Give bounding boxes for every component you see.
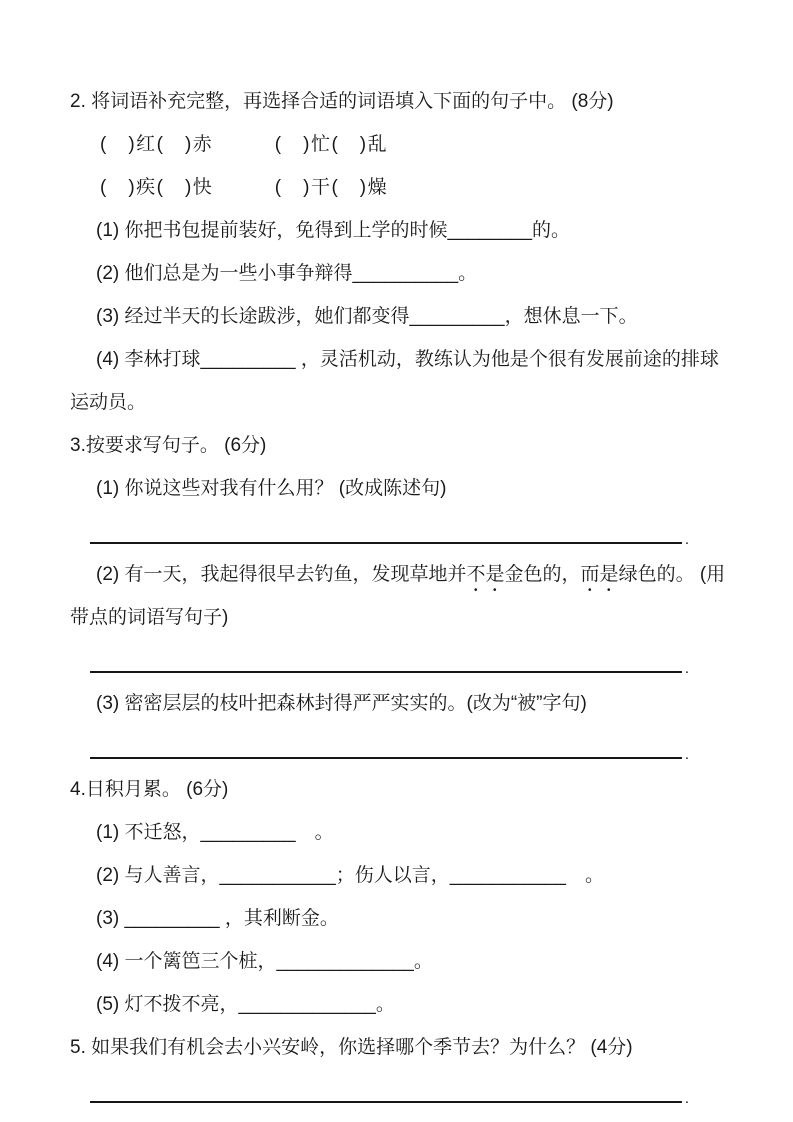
line-end-period: . xyxy=(685,1094,689,1103)
question-4-item-3: (3) _________ ，其利断金。 xyxy=(70,897,737,940)
line-end-period: . xyxy=(685,535,689,544)
question-2-header: 2. 将词语补充完整，再选择合适的词语填入下面的句子中。 (8分) xyxy=(70,80,737,123)
answer-underline[interactable] xyxy=(90,671,682,673)
worksheet-page: 2. 将词语补充完整，再选择合适的词语填入下面的句子中。 (8分) ( )红( … xyxy=(0,0,793,1122)
answer-line-q3-3: . xyxy=(90,725,689,768)
sentence-text: 金色的， xyxy=(505,564,581,585)
sentence-text: (2) 有一天，我起得很早去钓鱼，发现草地并 xyxy=(96,564,467,585)
question-4-item-2: (2) 与人善言，___________；伤人以言，___________ 。 xyxy=(70,854,737,897)
emphasized-word: 而是 xyxy=(581,564,619,585)
question-2-item-4: (4) 李林打球_________ ，灵活机动，教练认为他是个很有发展前途的排球… xyxy=(70,338,737,424)
answer-underline[interactable] xyxy=(90,1101,682,1103)
question-2-item-1: (1) 你把书包提前装好，免得到上学的时候________的。 xyxy=(70,209,737,252)
question-4-item-1: (1) 不迁怒，_________ 。 xyxy=(70,811,737,854)
question-5-header: 5. 如果我们有机会去小兴安岭，你选择哪个季节去？为什么？ (4分) xyxy=(70,1026,737,1069)
answer-underline[interactable] xyxy=(90,757,682,759)
question-2-item-3: (3) 经过半天的长途跋涉，她们都变得_________，想休息一下。 xyxy=(70,295,737,338)
question-3-item-3: (3) 密密层层的枝叶把森林封得严严实实的。(改为“被”字句) xyxy=(70,682,737,725)
emphasized-word: 不是 xyxy=(467,564,505,585)
answer-line-q3-1: . xyxy=(90,510,689,553)
question-4-header: 4.日积月累。 (6分) xyxy=(70,768,737,811)
answer-line-q5: . xyxy=(90,1069,689,1112)
word-completion-row-1[interactable]: ( )红( )赤 ( )忙( )乱 xyxy=(70,123,737,166)
answer-line-q3-2: . xyxy=(90,639,689,682)
question-4-item-5: (5) 灯不拨不亮，_____________。 xyxy=(70,983,737,1026)
answer-underline[interactable] xyxy=(90,542,682,544)
question-4-item-4: (4) 一个篱笆三个桩，_____________。 xyxy=(70,940,737,983)
word-completion-row-2[interactable]: ( )疾( )快 ( )干( )燥 xyxy=(70,166,737,209)
question-3-item-1: (1) 你说这些对我有什么用？ (改成陈述句) xyxy=(70,467,737,510)
line-end-period: . xyxy=(685,664,689,673)
line-end-period: . xyxy=(685,750,689,759)
question-2-item-2: (2) 他们总是为一些小事争辩得__________。 xyxy=(70,252,737,295)
question-3-item-2: (2) 有一天，我起得很早去钓鱼，发现草地并不是金色的，而是绿色的。 (用带点的… xyxy=(70,553,737,639)
question-3-header: 3.按要求写句子。 (6分) xyxy=(70,424,737,467)
